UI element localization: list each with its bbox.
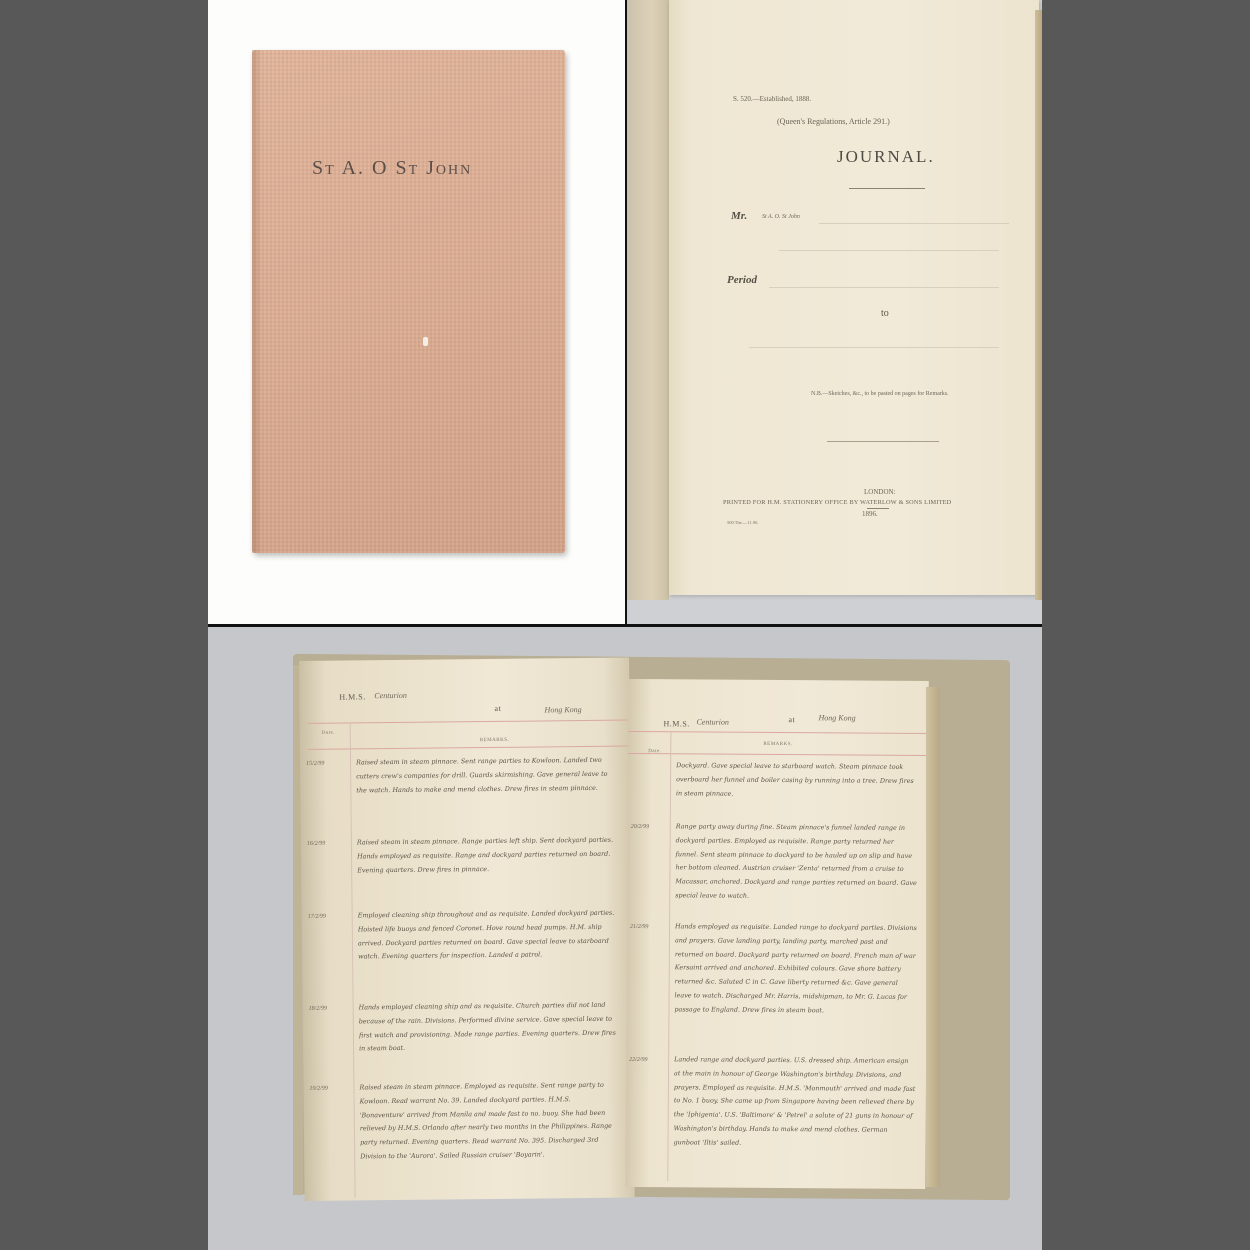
right-header-rule-2 — [628, 753, 928, 756]
book-spine-edge — [627, 0, 669, 600]
journal-entry: Range party away during fine. Steam pinn… — [675, 820, 918, 934]
period-end-line — [749, 347, 999, 348]
right-header-rule — [628, 731, 928, 734]
regulations-reference: (Queen's Regulations, Article 291.) — [777, 117, 890, 126]
open-journal-photo-panel: H.M.S. Centurion at Hong Kong Date. REMA… — [208, 627, 1042, 1250]
mr-line — [819, 223, 1009, 224]
entry-date: 15/2/99 — [306, 761, 324, 767]
title-page-photo-panel: S. 520.—Established, 1888. (Queen's Regu… — [627, 0, 1042, 624]
entry-date: 22/2/99 — [629, 1057, 647, 1063]
entry-date: 19/2/99 — [309, 1086, 327, 1092]
right-ship-label: H.M.S. — [663, 719, 689, 728]
left-header-rule-2 — [308, 746, 628, 750]
period-label: Period — [727, 274, 757, 286]
note-rule — [827, 441, 939, 442]
panel-divider-vertical — [625, 0, 627, 625]
form-number: S. 520.—Established, 1888. — [733, 95, 811, 103]
right-at-label: at — [788, 715, 795, 724]
journal-entry: Hands employed cleaning ship and as requ… — [359, 999, 618, 1072]
cover-inscription: St A. O St John — [312, 157, 472, 180]
journal-entry: Raised steam in steam pinnace. Sent rang… — [356, 754, 615, 821]
title-page: S. 520.—Established, 1888. (Queen's Regu… — [669, 0, 1039, 595]
journal-entry: Landed range and dockyard parties. U.S. … — [673, 1053, 916, 1167]
imprint-rule — [867, 508, 889, 509]
imprint-city: LONDON: — [864, 488, 896, 496]
imprint-printer: PRINTED FOR H.M. STATIONERY OFFICE BY WA… — [723, 499, 951, 506]
right-date-column-rule — [667, 731, 671, 1181]
entry-date: 21/2/99 — [630, 924, 648, 930]
sketches-note: N.B.—Sketches, &c., to be pasted on page… — [811, 391, 949, 397]
left-header-rule — [308, 720, 628, 724]
left-gray-margin — [0, 0, 208, 1250]
cover-photo-panel: St A. O St John — [208, 0, 625, 624]
left-date-header: Date. — [322, 731, 335, 736]
imprint-year: 1896. — [862, 510, 878, 518]
print-code: 500 The.—11.96. — [727, 520, 759, 525]
journal-entry: Dockyard. Gave special leave to starboar… — [676, 759, 918, 805]
right-journal-page: H.M.S. Centurion at Hong Kong Date. REMA… — [625, 679, 929, 1189]
entry-date: 18/2/99 — [309, 1006, 327, 1012]
journal-entry: Employed cleaning ship throughout and as… — [358, 907, 617, 994]
right-ship-name: Centurion — [696, 717, 729, 726]
mr-value: St A. O. St John — [762, 214, 800, 220]
journal-entry: Raised steam in steam pinnace. Range par… — [357, 834, 616, 901]
right-remarks-header: REMARKS. — [763, 742, 792, 747]
left-at-label: at — [494, 704, 501, 713]
left-journal-page: H.M.S. Centurion at Hong Kong Date. REMA… — [299, 658, 635, 1201]
to-label: to — [881, 308, 889, 319]
entry-date: 20/2/99 — [631, 824, 649, 830]
left-location: Hong Kong — [544, 705, 581, 714]
left-ship-label: H.M.S. — [339, 692, 365, 701]
left-ship-name: Centurion — [374, 691, 407, 700]
entry-date: 16/2/99 — [307, 841, 325, 847]
right-location: Hong Kong — [818, 713, 855, 722]
period-line — [769, 287, 999, 288]
journal-entry: Hands employed as requisite. Landed rang… — [674, 920, 917, 1048]
heading-rule — [849, 188, 925, 189]
left-remarks-header: REMARKS. — [480, 738, 509, 743]
right-gray-margin — [1042, 0, 1250, 1250]
mr-label: Mr. — [731, 210, 747, 222]
cover-wear-mark — [423, 337, 428, 346]
journal-cover: St A. O St John — [252, 50, 565, 553]
mr-line-2 — [779, 250, 999, 251]
journal-heading: JOURNAL. — [837, 147, 935, 167]
journal-entry: Raised steam in steam pinnace. Employed … — [359, 1079, 618, 1194]
right-page-block-edge — [926, 687, 940, 1187]
left-date-column-rule — [350, 722, 356, 1197]
page-block-edge — [1035, 10, 1042, 600]
entry-date: 17/2/99 — [308, 914, 326, 920]
